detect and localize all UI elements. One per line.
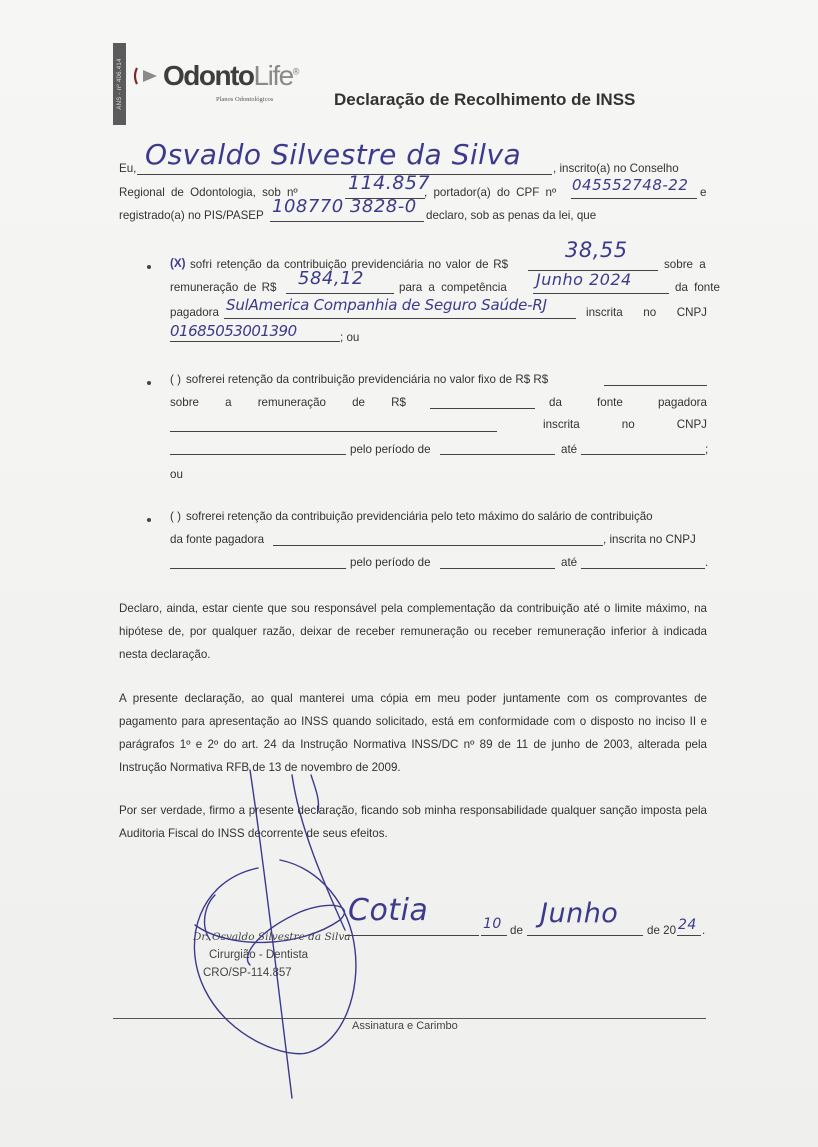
periodo-label: pelo período de (350, 556, 431, 569)
fonte2-field-line (170, 431, 497, 432)
punctuation: . (705, 556, 708, 569)
word: inscrita (543, 418, 580, 431)
word: R$ (391, 396, 406, 409)
option2-text1: sofrerei retenção da contribuição previd… (186, 373, 548, 386)
city-field-line (345, 935, 479, 936)
option1-text2-end: da fonte (675, 281, 720, 294)
punctuation: ; (705, 443, 708, 456)
word: pagadora (658, 396, 707, 409)
fonte3-field-line (273, 545, 603, 546)
word: da (549, 396, 562, 409)
fonte-pagadora-field-line (224, 318, 576, 319)
year-prefix: de 20 (647, 924, 676, 937)
option2-line2-end: da fonte pagadora (549, 396, 707, 409)
tooth-logo-icon (133, 66, 161, 86)
option1-text2: remuneração de R$ (170, 281, 276, 294)
month-field-line (527, 935, 643, 936)
cpf-field[interactable]: 045552748-22 (572, 176, 688, 194)
logo-light-text: Life (254, 60, 293, 91)
periodo3-fim-field-line (581, 568, 705, 569)
periodo-fim-field-line (581, 454, 705, 455)
registered-mark: ® (293, 67, 298, 77)
intro-line3-suffix: declaro, sob as penas da lei, que (426, 209, 596, 222)
option3-text2: da fonte pagadora (170, 533, 264, 546)
signature-label: Assinatura e Carimbo (352, 1020, 458, 1032)
intro-line2-prefix: Regional de Odontologia, sob nº (119, 186, 298, 199)
punctuation: . (702, 924, 705, 937)
ate-label: até (561, 443, 577, 456)
word: no (622, 418, 635, 431)
cnpj-field-line (170, 341, 340, 342)
intro-line3-prefix: registrado(a) no PIS/PASEP (119, 209, 264, 222)
remuneracao-field[interactable]: 584,12 (298, 268, 364, 289)
option2-checkbox[interactable]: ( ) (170, 373, 181, 386)
intro-line2-mid: , portador(a) do CPF nº (424, 186, 556, 199)
pis-pasep-field[interactable]: 108770 3828-0 (272, 196, 417, 217)
fonte-pagadora-field[interactable]: SulAmerica Companhia de Seguro Saúde-RJ (226, 296, 547, 314)
paragraph-conformidade: A presente declaração, ao qual manterei … (119, 687, 707, 779)
periodo-inicio-field-line (440, 454, 555, 455)
option1-text1-end: sobre a (664, 258, 706, 271)
intro-line2-suffix: e (700, 186, 706, 199)
stamp-name: Dr. Osvaldo Silvestre da Silva (193, 928, 351, 946)
de-label: de (510, 924, 523, 937)
competencia-field[interactable]: Junho 2024 (536, 270, 632, 289)
word: CNPJ (677, 418, 707, 431)
day-field[interactable]: 10 (483, 916, 502, 932)
cnpj2-field-line (170, 454, 346, 455)
remuneracao-field-line (286, 293, 394, 294)
option1-text3-end: inscrita no CNPJ (586, 306, 707, 319)
competencia-field-line (533, 293, 669, 294)
month-field[interactable]: Junho (540, 898, 618, 929)
word: a (225, 396, 231, 409)
valor-retido-field[interactable]: 38,55 (565, 238, 628, 262)
periodo3-inicio-field-line (440, 568, 555, 569)
cro-number-field[interactable]: 114.857 (348, 172, 430, 194)
cpf-field-line (571, 198, 697, 199)
ate-label: até (561, 556, 577, 569)
option1-text2-mid: para a competência (399, 281, 507, 294)
remuneracao2-field-line (430, 408, 535, 409)
year-field-line (677, 935, 701, 936)
bullet (147, 265, 151, 269)
document-title: Declaração de Recolhimento de INSS (334, 90, 635, 110)
paragraph-verdade: Por ser verdade, firmo a presente declar… (119, 799, 707, 845)
word: inscrita (586, 306, 623, 319)
word: no (643, 306, 656, 319)
option2-line2: sobre a remuneração de R$ (170, 396, 406, 409)
intro-after-name: , inscrito(a) no Conselho (553, 162, 679, 175)
word: remuneração (258, 396, 326, 409)
option3-text1: sofrerei retenção da contribuição previd… (186, 510, 653, 523)
cnpj-field[interactable]: 01685053001390 (170, 322, 297, 340)
option1-text4-end: ; ou (340, 331, 359, 344)
word: CNPJ (677, 306, 707, 319)
document-page: ANS - nº 406.414 OdontoLife® Planos Odon… (0, 0, 818, 1147)
bullet (147, 518, 151, 522)
year-field[interactable]: 24 (678, 917, 697, 933)
signature-line (113, 1018, 706, 1019)
stamp-cro: CRO/SP-114.857 (193, 964, 351, 982)
option1-text3: pagadora (170, 306, 219, 319)
ans-tag-text: ANS - nº 406.414 (117, 58, 123, 109)
city-field[interactable]: Cotia (348, 893, 428, 928)
logo-bold-text: Odonto (163, 60, 254, 91)
name-field-line (137, 174, 552, 175)
valor-fixo-field-line (604, 385, 707, 386)
stamp-role: Cirurgião - Dentista (193, 946, 351, 964)
ou-label: ou (170, 468, 183, 481)
periodo-label: pelo período de (350, 443, 431, 456)
option3-checkbox[interactable]: ( ) (170, 510, 181, 523)
word: de (352, 396, 365, 409)
logo-subtitle: Planos Odontológicos (216, 96, 273, 103)
name-field[interactable]: Osvaldo Silvestre da Silva (145, 138, 521, 171)
word: sobre (170, 396, 199, 409)
option3-text2-end: , inscrita no CNPJ (603, 533, 696, 546)
word: fonte (597, 396, 623, 409)
cnpj3-field-line (170, 568, 346, 569)
intro-prefix: Eu, (119, 162, 136, 175)
option1-checkbox[interactable]: (X) (170, 257, 185, 270)
ans-registration-tag: ANS - nº 406.414 (113, 43, 126, 125)
paragraph-ciencia: Declaro, ainda, estar ciente que sou res… (119, 597, 707, 666)
option2-line3-end: inscrita no CNPJ (543, 418, 707, 431)
professional-stamp: Dr. Osvaldo Silvestre da Silva Cirurgião… (193, 928, 351, 982)
bullet (147, 381, 151, 385)
day-field-line (481, 935, 507, 936)
logo-wordmark: OdontoLife® (163, 60, 298, 92)
pis-field-line (270, 221, 424, 222)
